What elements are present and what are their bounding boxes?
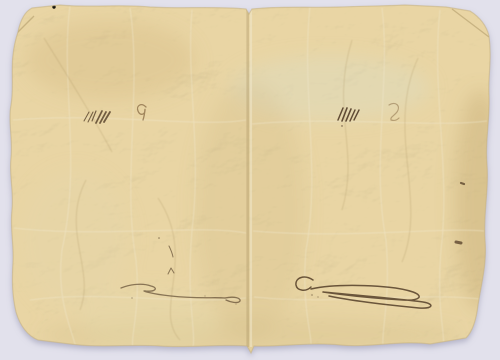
stain-top-left [25, 20, 195, 100]
paper-sheet [10, 4, 500, 354]
note-canvas [0, 0, 500, 360]
stain-left-middle [20, 170, 130, 310]
stain-bottom-left [80, 290, 220, 350]
ink-spot-right-upper [461, 183, 464, 184]
scanned-note-photo [0, 0, 500, 360]
ink-spot-right-lower [456, 242, 461, 243]
